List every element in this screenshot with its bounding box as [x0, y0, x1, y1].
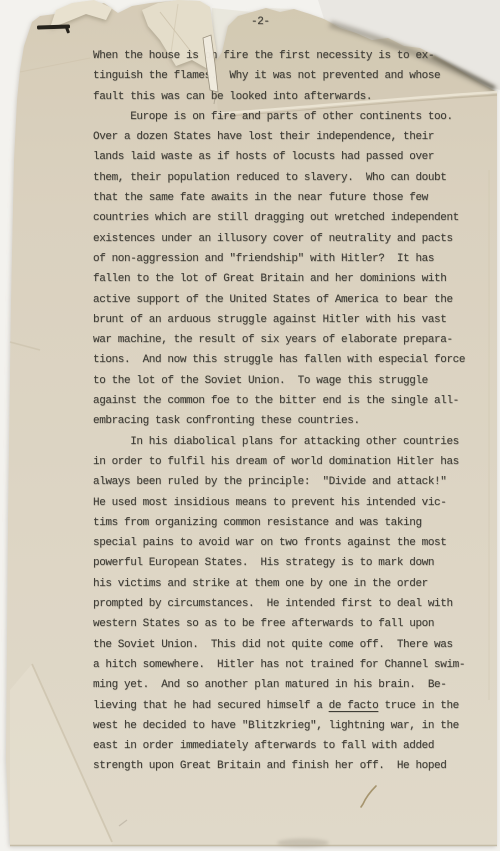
text-line: a hitch somewhere. Hitler has not traine… [93, 655, 465, 675]
text-line: embracing task confronting these countri… [93, 411, 465, 431]
text-line: the Soviet Union. This did not quite com… [93, 635, 465, 655]
text-line: them, their population reduced to slaver… [93, 168, 465, 188]
page-number: -2- [251, 16, 270, 28]
text-line: prompted by circumstances. He intended f… [93, 594, 465, 614]
text-line: fallen to the lot of Great Britain and h… [93, 269, 465, 289]
text-line: western States so as to be free afterwar… [93, 614, 465, 634]
text-line: always been ruled by the principle: "Div… [93, 472, 465, 492]
text-line: in order to fulfil his dream of world do… [93, 452, 465, 472]
scanned-document-page: -2- When the house is on fire the first … [0, 0, 500, 851]
text-line: When the house is on fire the first nece… [93, 46, 465, 66]
text-line: countries which are still dragging out w… [93, 208, 465, 228]
text-line: Europe is on fire and parts of other con… [93, 107, 465, 127]
text-line: He used most insidious means to prevent … [93, 493, 465, 513]
text-line: of non-aggression and "friendship" with … [93, 249, 465, 269]
typewritten-text: When the house is on fire the first nece… [93, 46, 465, 777]
text-line: west he decided to have "Blitzkrieg", li… [93, 716, 465, 736]
text-line: brunt of an arduous struggle against Hit… [93, 310, 465, 330]
text-line: fault this was can be looked into afterw… [93, 87, 465, 107]
text-line: tions. And now this struggle has fallen … [93, 350, 465, 370]
text-line: powerful European States. His strategy i… [93, 553, 465, 573]
text-line: to the lot of the Soviet Union. To wage … [93, 371, 465, 391]
text-line: against the common foe to the bitter end… [93, 391, 465, 411]
text-line: ming yet. And so another plan matured in… [93, 675, 465, 695]
text-line: lieving that he had secured himself a de… [93, 696, 465, 716]
text-line: his victims and strike at them one by on… [93, 574, 465, 594]
text-line: tinguish the flames. Why it was not prev… [93, 66, 465, 86]
text-line: tims from organizing common resistance a… [93, 513, 465, 533]
text-line: lands laid waste as if hosts of locusts … [93, 147, 465, 167]
text-line: war machine, the result of six years of … [93, 330, 465, 350]
text-line: that the same fate awaits in the near fu… [93, 188, 465, 208]
text-line: east in order immediately afterwards to … [93, 736, 465, 756]
text-line: special pains to avoid war on two fronts… [93, 533, 465, 553]
text-line: strength upon Great Britain and finish h… [93, 756, 465, 776]
text-line: In his diabolical plans for attacking ot… [93, 432, 465, 452]
text-line: existences under an illusory cover of ne… [93, 229, 465, 249]
text-line: active support of the United States of A… [93, 290, 465, 310]
text-line: Over a dozen States have lost their inde… [93, 127, 465, 147]
